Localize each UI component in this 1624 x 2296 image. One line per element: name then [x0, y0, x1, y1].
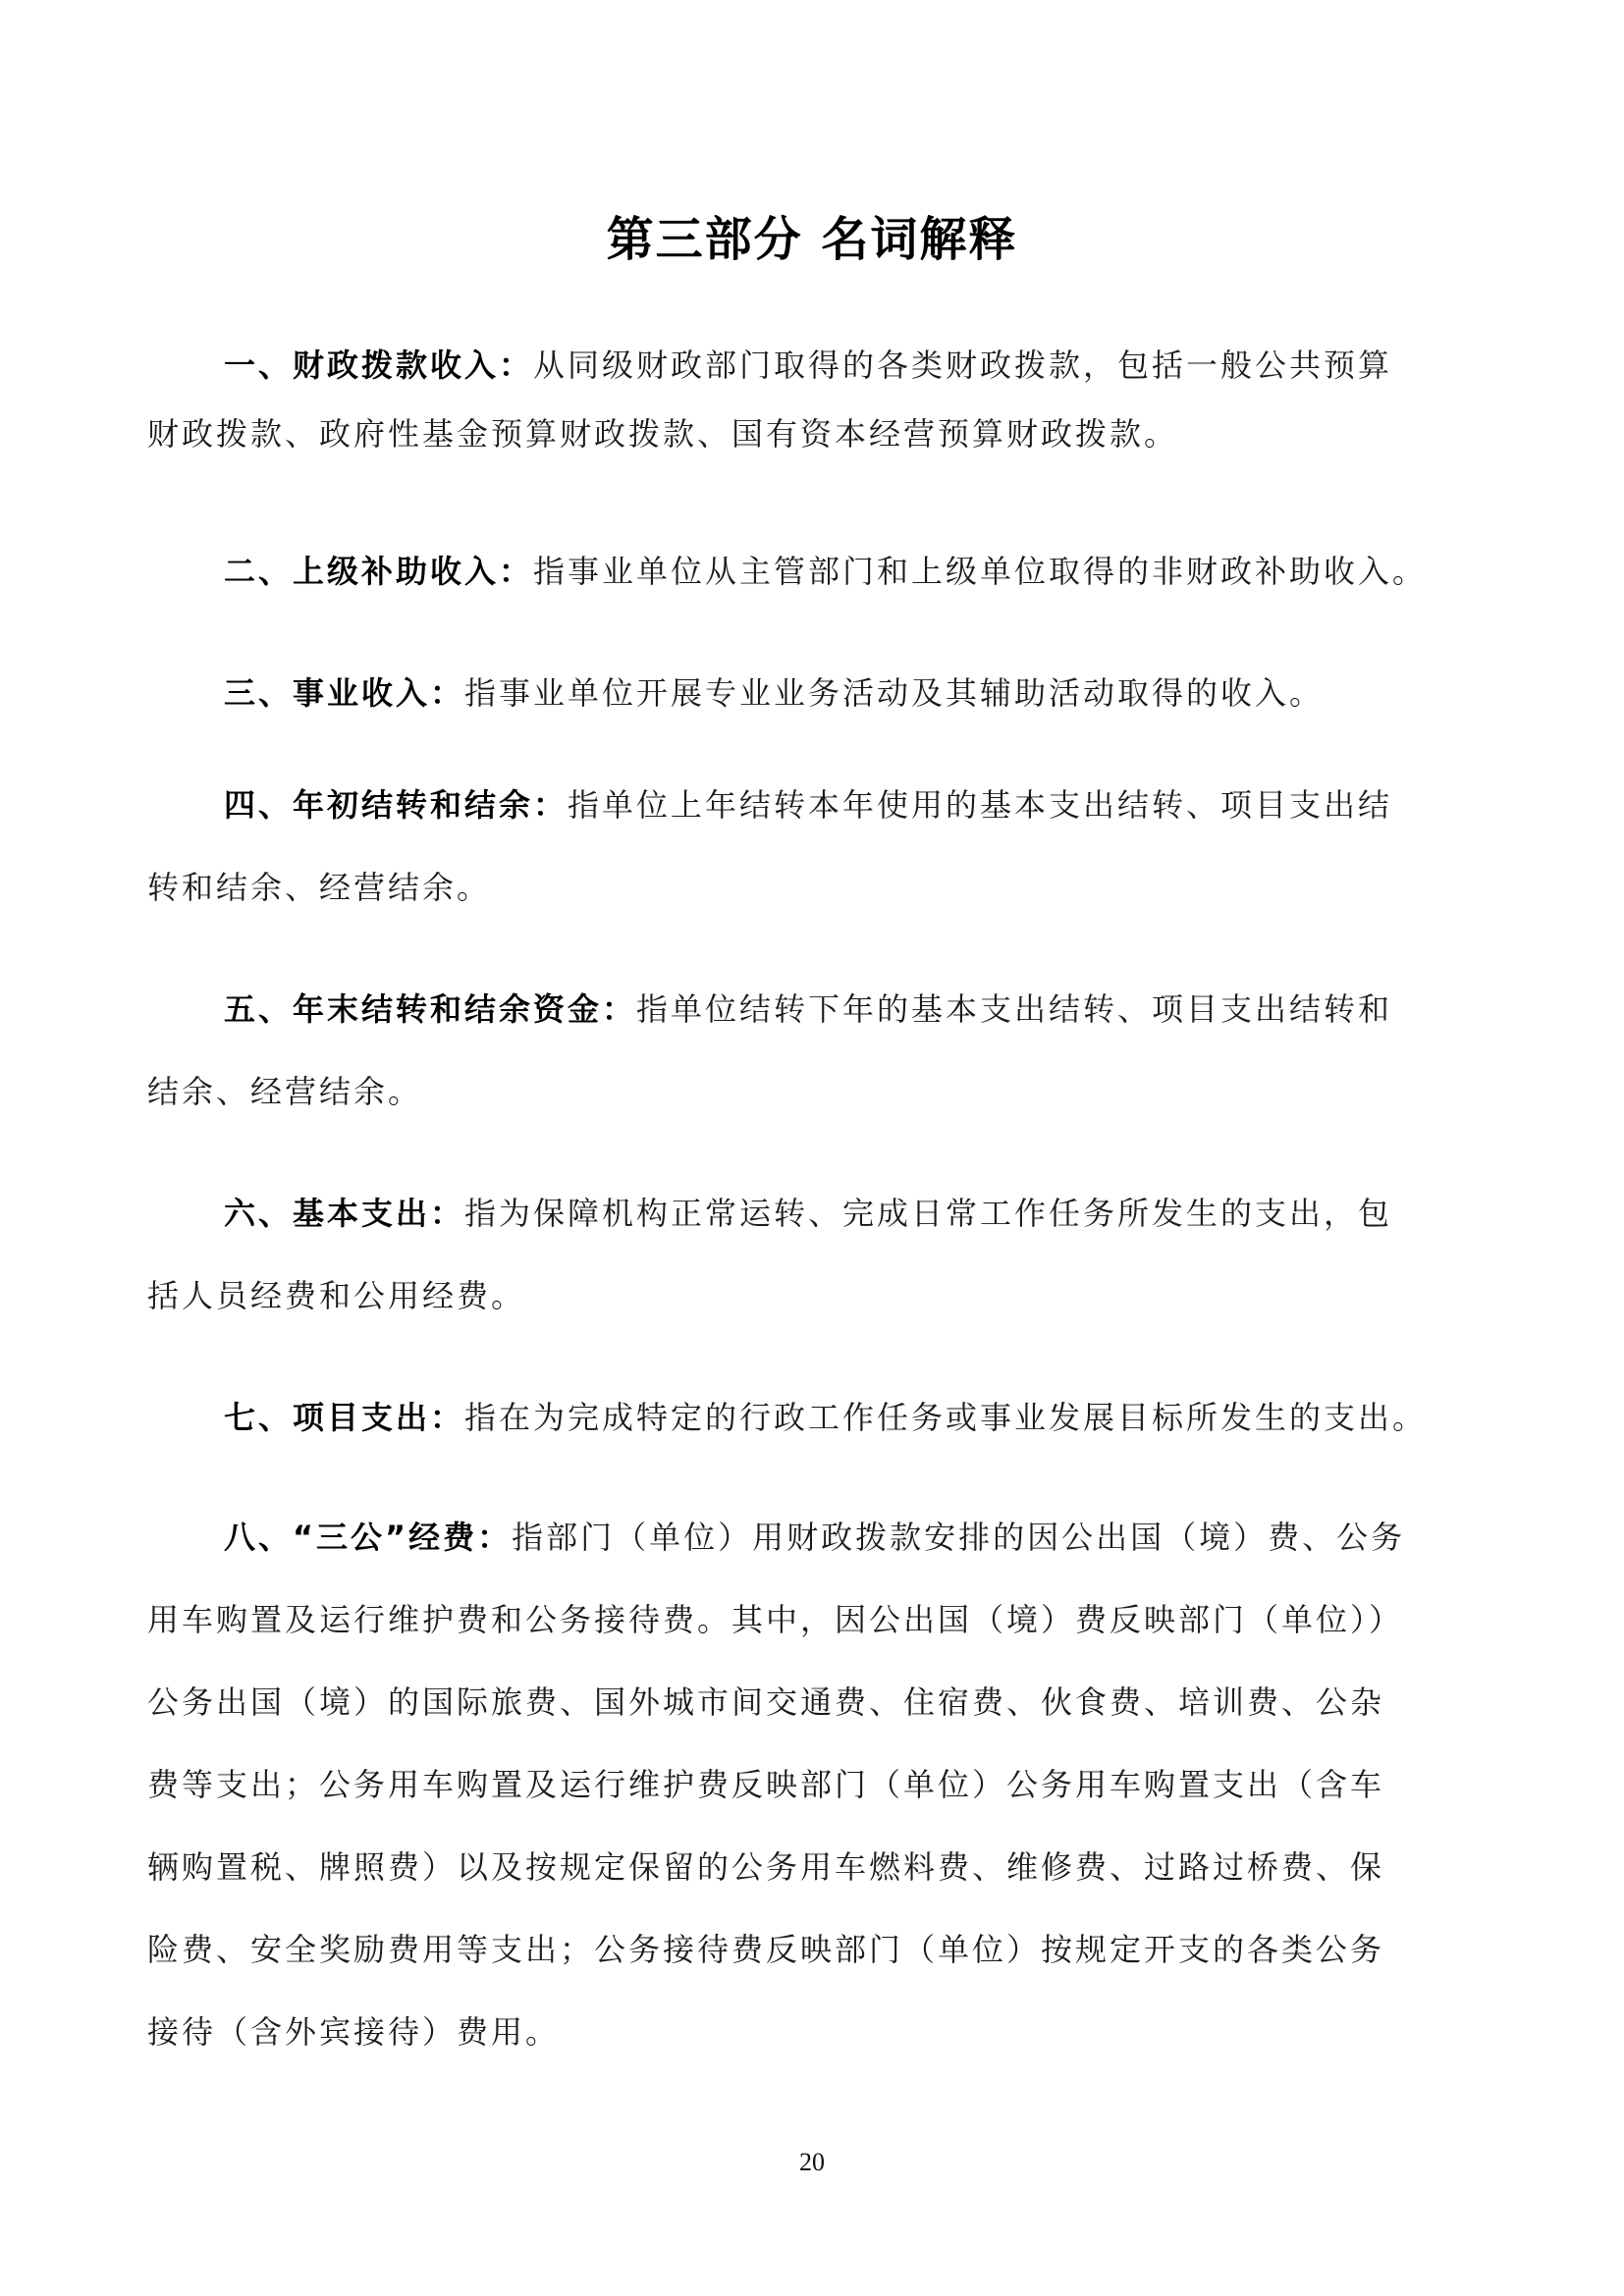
- definition-line: 五、年末结转和结余资金：指单位结转下年的基本支出结转、项目支出结转和: [224, 986, 1492, 1033]
- definition-text: 指为保障机构正常运转、完成日常工作任务所发生的支出，包: [464, 1195, 1392, 1232]
- definition-text: 指单位结转下年的基本支出结转、项目支出结转和: [636, 990, 1392, 1028]
- page-title: 第三部分 名词解释: [0, 204, 1624, 275]
- definition-line: 二、上级补助收入：指事业单位从主管部门和上级单位取得的非财政补助收入。: [224, 548, 1492, 595]
- definition-line: 辆购置税、牌照费）以及按规定保留的公务用车燃料费、维修费、过路过桥费、保: [147, 1843, 1492, 1891]
- definition-text: 公务出国（境）的国际旅费、国外城市间交通费、住宿费、伙食费、培训费、公杂: [147, 1683, 1384, 1721]
- definition-line: 括人员经费和公用经费。: [147, 1272, 1492, 1319]
- definition-text: 指事业单位从主管部门和上级单位取得的非财政补助收入。: [533, 553, 1427, 590]
- definition-line: 用车购置及运行维护费和公务接待费。其中，因公出国（境）费反映部门（单位））: [147, 1596, 1492, 1643]
- definition-text: 指事业单位开展专业业务活动及其辅助活动取得的收入。: [464, 674, 1324, 712]
- definition-line: 公务出国（境）的国际旅费、国外城市间交通费、住宿费、伙食费、培训费、公杂: [147, 1679, 1492, 1726]
- definition-text: 括人员经费和公用经费。: [147, 1277, 525, 1314]
- definition-line: 转和结余、经营结余。: [147, 864, 1492, 911]
- definition-line: 接待（含外宾接待）费用。: [147, 2008, 1492, 2056]
- definition-text: 指部门（单位）用财政拨款安排的因公出国（境）费、公务: [512, 1519, 1405, 1556]
- definition-term: 四、年初结转和结余：: [224, 786, 568, 824]
- definition-line: 六、基本支出：指为保障机构正常运转、完成日常工作任务所发生的支出，包: [224, 1190, 1492, 1237]
- definition-text: 指单位上年结转本年使用的基本支出结转、项目支出结: [568, 786, 1392, 824]
- definition-line: 结余、经营结余。: [147, 1068, 1492, 1115]
- definition-text: 用车购置及运行维护费和公务接待费。其中，因公出国（境）费反映部门（单位））: [147, 1601, 1403, 1638]
- definition-line: 四、年初结转和结余：指单位上年结转本年使用的基本支出结转、项目支出结: [224, 781, 1492, 828]
- definition-text: 接待（含外宾接待）费用。: [147, 2013, 560, 2051]
- definition-line: 费等支出；公务用车购置及运行维护费反映部门（单位）公务用车购置支出（含车: [147, 1761, 1492, 1808]
- definition-term: 七、项目支出：: [224, 1399, 464, 1436]
- definition-term: 五、年末结转和结余资金：: [224, 990, 636, 1028]
- definition-term: 一、财政拨款收入：: [224, 347, 533, 384]
- definition-text: 财政拨款、政府性基金预算财政拨款、国有资本经营预算财政拨款。: [147, 415, 1178, 453]
- definition-text: 结余、经营结余。: [147, 1073, 422, 1110]
- document-page: 第三部分 名词解释 一、财政拨款收入：从同级财政部门取得的各类财政拨款，包括一般…: [0, 0, 1624, 2296]
- definition-line: 财政拨款、政府性基金预算财政拨款、国有资本经营预算财政拨款。: [147, 410, 1492, 457]
- definition-line: 险费、安全奖励费用等支出；公务接待费反映部门（单位）按规定开支的各类公务: [147, 1926, 1492, 1973]
- definition-term: 三、事业收入：: [224, 674, 464, 712]
- definition-text: 辆购置税、牌照费）以及按规定保留的公务用车燃料费、维修费、过路过桥费、保: [147, 1848, 1384, 1886]
- definition-term: 六、基本支出：: [224, 1195, 464, 1232]
- page-number: 20: [0, 2145, 1624, 2180]
- definition-text: 从同级财政部门取得的各类财政拨款，包括一般公共预算: [533, 347, 1392, 384]
- definition-text: 指在为完成特定的行政工作任务或事业发展目标所发生的支出。: [464, 1399, 1427, 1436]
- definition-text: 险费、安全奖励费用等支出；公务接待费反映部门（单位）按规定开支的各类公务: [147, 1931, 1384, 1968]
- definition-line: 七、项目支出：指在为完成特定的行政工作任务或事业发展目标所发生的支出。: [224, 1394, 1492, 1441]
- definition-line: 三、事业收入：指事业单位开展专业业务活动及其辅助活动取得的收入。: [224, 669, 1492, 717]
- definition-term: 八、“三公”经费：: [224, 1519, 512, 1556]
- definition-term: 二、上级补助收入：: [224, 553, 533, 590]
- definition-text: 费等支出；公务用车购置及运行维护费反映部门（单位）公务用车购置支出（含车: [147, 1766, 1384, 1803]
- definition-line: 八、“三公”经费：指部门（单位）用财政拨款安排的因公出国（境）费、公务: [224, 1514, 1492, 1561]
- definition-line: 一、财政拨款收入：从同级财政部门取得的各类财政拨款，包括一般公共预算: [224, 342, 1492, 389]
- definition-text: 转和结余、经营结余。: [147, 869, 491, 906]
